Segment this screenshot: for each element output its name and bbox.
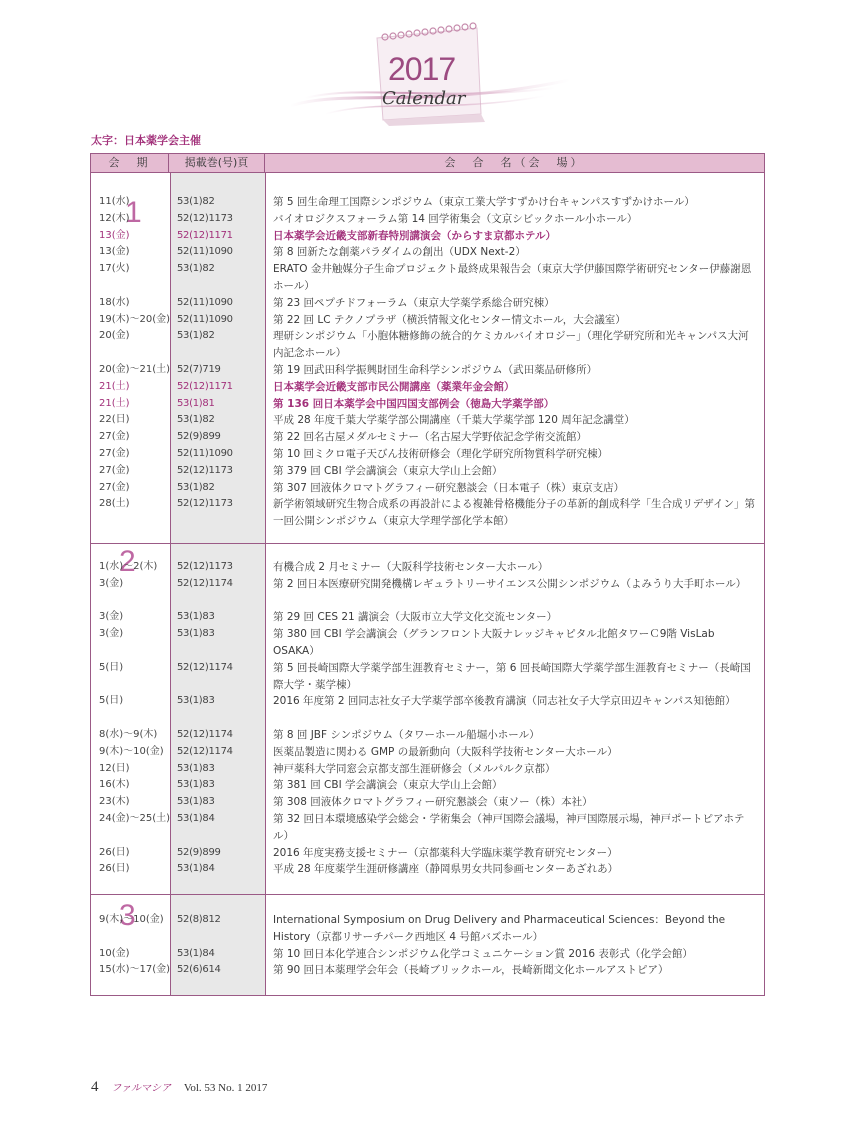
event-date: 10(金) — [99, 946, 171, 963]
event-date: 20(金)～21(土) — [99, 362, 171, 379]
table-row: 21(土)53(1)81第 136 回日本薬学会中国四国支部例会（徳島大学薬学部… — [91, 396, 764, 413]
volume-page-ref: 53(1)81 — [177, 396, 267, 413]
meeting-name: 新学術領域研究生物合成系の再設計による複雑骨格機能分子の革新的創成科学「生合成リ… — [273, 496, 759, 530]
event-date: 9(木)～10(金) — [99, 912, 171, 929]
meeting-name: 第 19 回武田科学振興財団生命科学シンポジウム（武田薬品研修所） — [273, 362, 759, 379]
event-date: 12(日) — [99, 761, 171, 778]
meeting-name: 有機合成 2 月セミナー（大阪科学技術センター大ホール） — [273, 559, 759, 576]
event-calendar-table: 会 期 掲載巻(号)頁 会 合 名（会 場） 111(水)53(1)82第 5 … — [90, 153, 765, 996]
event-date: 21(土) — [99, 379, 171, 396]
meeting-name: 第 32 回日本環境感染学会総会・学術集会（神戸国際会議場，神戸国際展示場，神戸… — [273, 811, 759, 845]
volume-page-ref: 52(12)1173 — [177, 463, 267, 480]
calendar-logo: 2017 Calendar — [285, 18, 575, 128]
volume-page-ref: 53(1)84 — [177, 861, 267, 878]
table-row: 22(日)53(1)82平成 28 年度千葉大学薬学部公開講座（千葉大学薬学部 … — [91, 412, 764, 429]
meeting-name: バイオロジクスフォーラム第 14 回学術集会（文京シビックホール小ホール） — [273, 211, 759, 228]
table-row: 19(木)～20(金)52(11)1090第 22 回 LC テクノプラザ（横浜… — [91, 312, 764, 329]
volume-page-ref: 52(12)1173 — [177, 496, 267, 513]
meeting-name: 第 8 回新たな創薬パラダイムの創出（UDX Next-2） — [273, 244, 759, 261]
table-row: 28(土)52(12)1173新学術領域研究生物合成系の再設計による複雑骨格機能… — [91, 496, 764, 530]
meeting-name: 第 136 回日本薬学会中国四国支部例会（徳島大学薬学部） — [273, 396, 759, 413]
volume-page-ref: 53(1)83 — [177, 609, 267, 626]
header-date: 会 期 — [91, 154, 169, 172]
volume-page-ref: 52(12)1173 — [177, 211, 267, 228]
table-row: 27(金)53(1)82第 307 回液体クロマトグラフィー研究懇談会（日本電子… — [91, 480, 764, 497]
meeting-name: ERATO 金井触媒分子生命プロジェクト最終成果報告会（東京大学伊藤国際学術研究… — [273, 261, 759, 295]
volume-page-ref: 52(8)812 — [177, 912, 267, 929]
meeting-name: 第 380 回 CBI 学会講演会（グランフロント大阪ナレッジキャピタル北館タワ… — [273, 626, 759, 660]
volume-page-ref: 52(12)1173 — [177, 559, 267, 576]
volume-page-ref: 53(1)83 — [177, 794, 267, 811]
page-number: 4 — [91, 1079, 99, 1095]
table-row: 5(日)53(1)832016 年度第 2 回同志社女子大学薬学部卒後教育講演（… — [91, 693, 764, 727]
meeting-name: 第 22 回名古屋メダルセミナー（名古屋大学野依記念学術交流館） — [273, 429, 759, 446]
table-row: 9(木)～10(金)52(8)812International Symposiu… — [91, 912, 764, 946]
table-row: 15(水)～17(金)52(6)614第 90 回日本薬理学会年会（長崎ブリック… — [91, 962, 764, 979]
table-row: 3(金)52(12)1174第 2 回日本医療研究開発機構レギュラトリーサイエン… — [91, 576, 764, 610]
event-date: 19(木)～20(金) — [99, 312, 171, 329]
volume-page-ref: 52(12)1171 — [177, 379, 267, 396]
volume-page-ref: 52(11)1090 — [177, 446, 267, 463]
table-row: 12(日)53(1)83神戸薬科大学同窓会京都支部生涯研修会（メルパルク京都） — [91, 761, 764, 778]
table-row: 27(金)52(9)899第 22 回名古屋メダルセミナー（名古屋大学野依記念学… — [91, 429, 764, 446]
event-date: 27(金) — [99, 429, 171, 446]
table-row: 10(金)53(1)84第 10 回日本化学連合シンポジウム化学コミュニケーショ… — [91, 946, 764, 963]
table-row: 20(金)53(1)82理研シンポジウム「小胞体糖修飾の統合的ケミカルバイオロジ… — [91, 328, 764, 362]
meeting-name: 第 5 回生命理工国際シンポジウム（東京工業大学すずかけ台キャンパスすずかけホー… — [273, 194, 759, 211]
event-date: 3(金) — [99, 576, 171, 593]
table-row: 11(水)53(1)82第 5 回生命理工国際シンポジウム（東京工業大学すずかけ… — [91, 194, 764, 211]
meeting-name: 第 10 回日本化学連合シンポジウム化学コミュニケーション賞 2016 表彰式（… — [273, 946, 759, 963]
meeting-name: 第 90 回日本薬理学会年会（長崎ブリックホール，長崎新聞文化ホールアストピア） — [273, 962, 759, 979]
event-date: 23(木) — [99, 794, 171, 811]
volume-page-ref: 52(12)1174 — [177, 744, 267, 761]
volume-page-ref: 53(1)82 — [177, 480, 267, 497]
table-header: 会 期 掲載巻(号)頁 会 合 名（会 場） — [91, 154, 764, 173]
meeting-name: 平成 28 年度千葉大学薬学部公開講座（千葉大学薬学部 120 周年記念講堂） — [273, 412, 759, 429]
volume-page-ref: 53(1)83 — [177, 693, 267, 710]
table-row: 5(日)52(12)1174第 5 回長崎国際大学薬学部生涯教育セミナー，第 6… — [91, 660, 764, 694]
volume-page-ref: 52(7)719 — [177, 362, 267, 379]
event-date: 27(金) — [99, 463, 171, 480]
event-date: 27(金) — [99, 480, 171, 497]
volume-page-ref: 53(1)82 — [177, 412, 267, 429]
volume-page-ref: 52(12)1174 — [177, 660, 267, 677]
meeting-name: 理研シンポジウム「小胞体糖修飾の統合的ケミカルバイオロジー」（理化学研究所和光キ… — [273, 328, 759, 362]
logo-word: Calendar — [382, 88, 465, 109]
volume-page-ref: 53(1)84 — [177, 946, 267, 963]
event-date: 18(水) — [99, 295, 171, 312]
meeting-name: 第 2 回日本医療研究開発機構レギュラトリーサイエンス公開シンポジウム（よみうり… — [273, 576, 759, 593]
table-row: 26(日)52(9)8992016 年度実務支援セミナー（京都薬科大学臨床薬学教… — [91, 845, 764, 862]
volume-page-ref: 53(1)82 — [177, 261, 267, 278]
event-date: 26(日) — [99, 845, 171, 862]
event-date: 20(金) — [99, 328, 171, 345]
page-footer: 4 ファルマシア Vol. 53 No. 1 2017 — [91, 1079, 267, 1096]
meeting-name: 第 23 回ペプチドフォーラム（東京大学薬学系総合研究棟） — [273, 295, 759, 312]
event-date: 13(金) — [99, 228, 171, 245]
event-date: 9(木)～10(金) — [99, 744, 171, 761]
month-section-3: 39(木)～10(金)52(8)812International Symposi… — [91, 895, 764, 996]
event-date: 8(水)～9(木) — [99, 727, 171, 744]
header-meeting: 会 合 名（会 場） — [265, 154, 764, 172]
event-date: 17(火) — [99, 261, 171, 278]
meeting-name: 日本薬学会近畿支部市民公開講座（薬業年金会館） — [273, 379, 759, 396]
event-date: 12(木) — [99, 211, 171, 228]
volume-page-ref: 52(12)1171 — [177, 228, 267, 245]
header-ref: 掲載巻(号)頁 — [169, 154, 265, 172]
meeting-name: 平成 28 年度薬学生涯研修講座（静岡県男女共同参画センターあざれあ） — [273, 861, 759, 878]
table-row: 13(金)52(11)1090第 8 回新たな創薬パラダイムの創出（UDX Ne… — [91, 244, 764, 261]
volume-page-ref: 53(1)82 — [177, 328, 267, 345]
event-date: 1(水)～2(木) — [99, 559, 171, 576]
event-date: 15(水)～17(金) — [99, 962, 171, 979]
event-date: 21(土) — [99, 396, 171, 413]
volume-page-ref: 53(1)83 — [177, 777, 267, 794]
event-date: 13(金) — [99, 244, 171, 261]
event-date: 26(日) — [99, 861, 171, 878]
bold-legend-note: 太字：日本薬学会主催 — [91, 132, 201, 148]
event-date: 3(金) — [99, 626, 171, 643]
meeting-name: 第 8 回 JBF シンポジウム（タワーホール船堀小ホール） — [273, 727, 759, 744]
volume-page-ref: 52(12)1174 — [177, 576, 267, 593]
table-row: 23(木)53(1)83第 308 回液体クロマトグラフィー研究懇談会（東ソー（… — [91, 794, 764, 811]
journal-name: ファルマシア — [111, 1083, 171, 1094]
table-row: 8(水)～9(木)52(12)1174第 8 回 JBF シンポジウム（タワーホ… — [91, 727, 764, 744]
table-row: 21(土)52(12)1171日本薬学会近畿支部市民公開講座（薬業年金会館） — [91, 379, 764, 396]
volume-page-ref: 53(1)83 — [177, 761, 267, 778]
meeting-name: 第 29 回 CES 21 講演会（大阪市立大学文化交流センター） — [273, 609, 759, 626]
event-date: 28(土) — [99, 496, 171, 513]
table-row: 3(金)53(1)83第 380 回 CBI 学会講演会（グランフロント大阪ナレ… — [91, 626, 764, 660]
event-date: 5(日) — [99, 660, 171, 677]
event-date: 24(金)～25(土) — [99, 811, 171, 828]
table-row: 27(金)52(11)1090第 10 回ミクロ電子天びん技術研修会（理化学研究… — [91, 446, 764, 463]
volume-page-ref: 52(6)614 — [177, 962, 267, 979]
logo-year: 2017 — [388, 51, 455, 88]
event-date: 5(日) — [99, 693, 171, 710]
table-row: 13(金)52(12)1171日本薬学会近畿支部新春特別講演会（からすま京都ホテ… — [91, 228, 764, 245]
issue-info: Vol. 53 No. 1 2017 — [184, 1082, 268, 1094]
meeting-name: 第 5 回長崎国際大学薬学部生涯教育セミナー，第 6 回長崎国際大学薬学部生涯教… — [273, 660, 759, 694]
meeting-name: 神戸薬科大学同窓会京都支部生涯研修会（メルパルク京都） — [273, 761, 759, 778]
meeting-name: 日本薬学会近畿支部新春特別講演会（からすま京都ホテル） — [273, 228, 759, 245]
table-row: 17(火)53(1)82ERATO 金井触媒分子生命プロジェクト最終成果報告会（… — [91, 261, 764, 295]
meeting-name: International Symposium on Drug Delivery… — [273, 912, 759, 946]
volume-page-ref: 53(1)83 — [177, 626, 267, 643]
month-section-1: 111(水)53(1)82第 5 回生命理工国際シンポジウム（東京工業大学すずか… — [91, 173, 764, 544]
meeting-name: 第 10 回ミクロ電子天びん技術研修会（理化学研究所物質科学研究棟） — [273, 446, 759, 463]
event-date: 3(金) — [99, 609, 171, 626]
table-row: 1(水)～2(木)52(12)1173有機合成 2 月セミナー（大阪科学技術セン… — [91, 559, 764, 576]
table-row: 26(日)53(1)84平成 28 年度薬学生涯研修講座（静岡県男女共同参画セン… — [91, 861, 764, 878]
meeting-name: 2016 年度実務支援セミナー（京都薬科大学臨床薬学教育研究センター） — [273, 845, 759, 862]
table-row: 12(木)52(12)1173バイオロジクスフォーラム第 14 回学術集会（文京… — [91, 211, 764, 228]
event-date: 22(日) — [99, 412, 171, 429]
volume-page-ref: 52(12)1174 — [177, 727, 267, 744]
meeting-name: 第 308 回液体クロマトグラフィー研究懇談会（東ソー（株）本社） — [273, 794, 759, 811]
table-row: 24(金)～25(土)53(1)84第 32 回日本環境感染学会総会・学術集会（… — [91, 811, 764, 845]
event-date: 16(木) — [99, 777, 171, 794]
table-row: 20(金)～21(土)52(7)719第 19 回武田科学振興財団生命科学シンポ… — [91, 362, 764, 379]
meeting-name: 第 22 回 LC テクノプラザ（横浜情報文化センター情文ホール，大会議室） — [273, 312, 759, 329]
volume-page-ref: 53(1)84 — [177, 811, 267, 828]
event-date: 27(金) — [99, 446, 171, 463]
volume-page-ref: 52(9)899 — [177, 429, 267, 446]
table-row: 3(金)53(1)83第 29 回 CES 21 講演会（大阪市立大学文化交流セ… — [91, 609, 764, 626]
meeting-name: 医薬品製造に関わる GMP の最新動向（大阪科学技術センター大ホール） — [273, 744, 759, 761]
volume-page-ref: 53(1)82 — [177, 194, 267, 211]
meeting-name: 2016 年度第 2 回同志社女子大学薬学部卒後教育講演（同志社女子大学京田辺キ… — [273, 693, 759, 710]
meeting-name: 第 379 回 CBI 学会講演会（東京大学山上会館） — [273, 463, 759, 480]
meeting-name: 第 307 回液体クロマトグラフィー研究懇談会（日本電子（株）東京支店） — [273, 480, 759, 497]
volume-page-ref: 52(9)899 — [177, 845, 267, 862]
table-row: 18(水)52(11)1090第 23 回ペプチドフォーラム（東京大学薬学系総合… — [91, 295, 764, 312]
month-section-2: 21(水)～2(木)52(12)1173有機合成 2 月セミナー（大阪科学技術セ… — [91, 544, 764, 895]
event-date: 11(水) — [99, 194, 171, 211]
table-row: 9(木)～10(金)52(12)1174医薬品製造に関わる GMP の最新動向（… — [91, 744, 764, 761]
volume-page-ref: 52(11)1090 — [177, 312, 267, 329]
volume-page-ref: 52(11)1090 — [177, 295, 267, 312]
table-row: 16(木)53(1)83第 381 回 CBI 学会講演会（東京大学山上会館） — [91, 777, 764, 794]
table-row: 27(金)52(12)1173第 379 回 CBI 学会講演会（東京大学山上会… — [91, 463, 764, 480]
volume-page-ref: 52(11)1090 — [177, 244, 267, 261]
meeting-name: 第 381 回 CBI 学会講演会（東京大学山上会館） — [273, 777, 759, 794]
